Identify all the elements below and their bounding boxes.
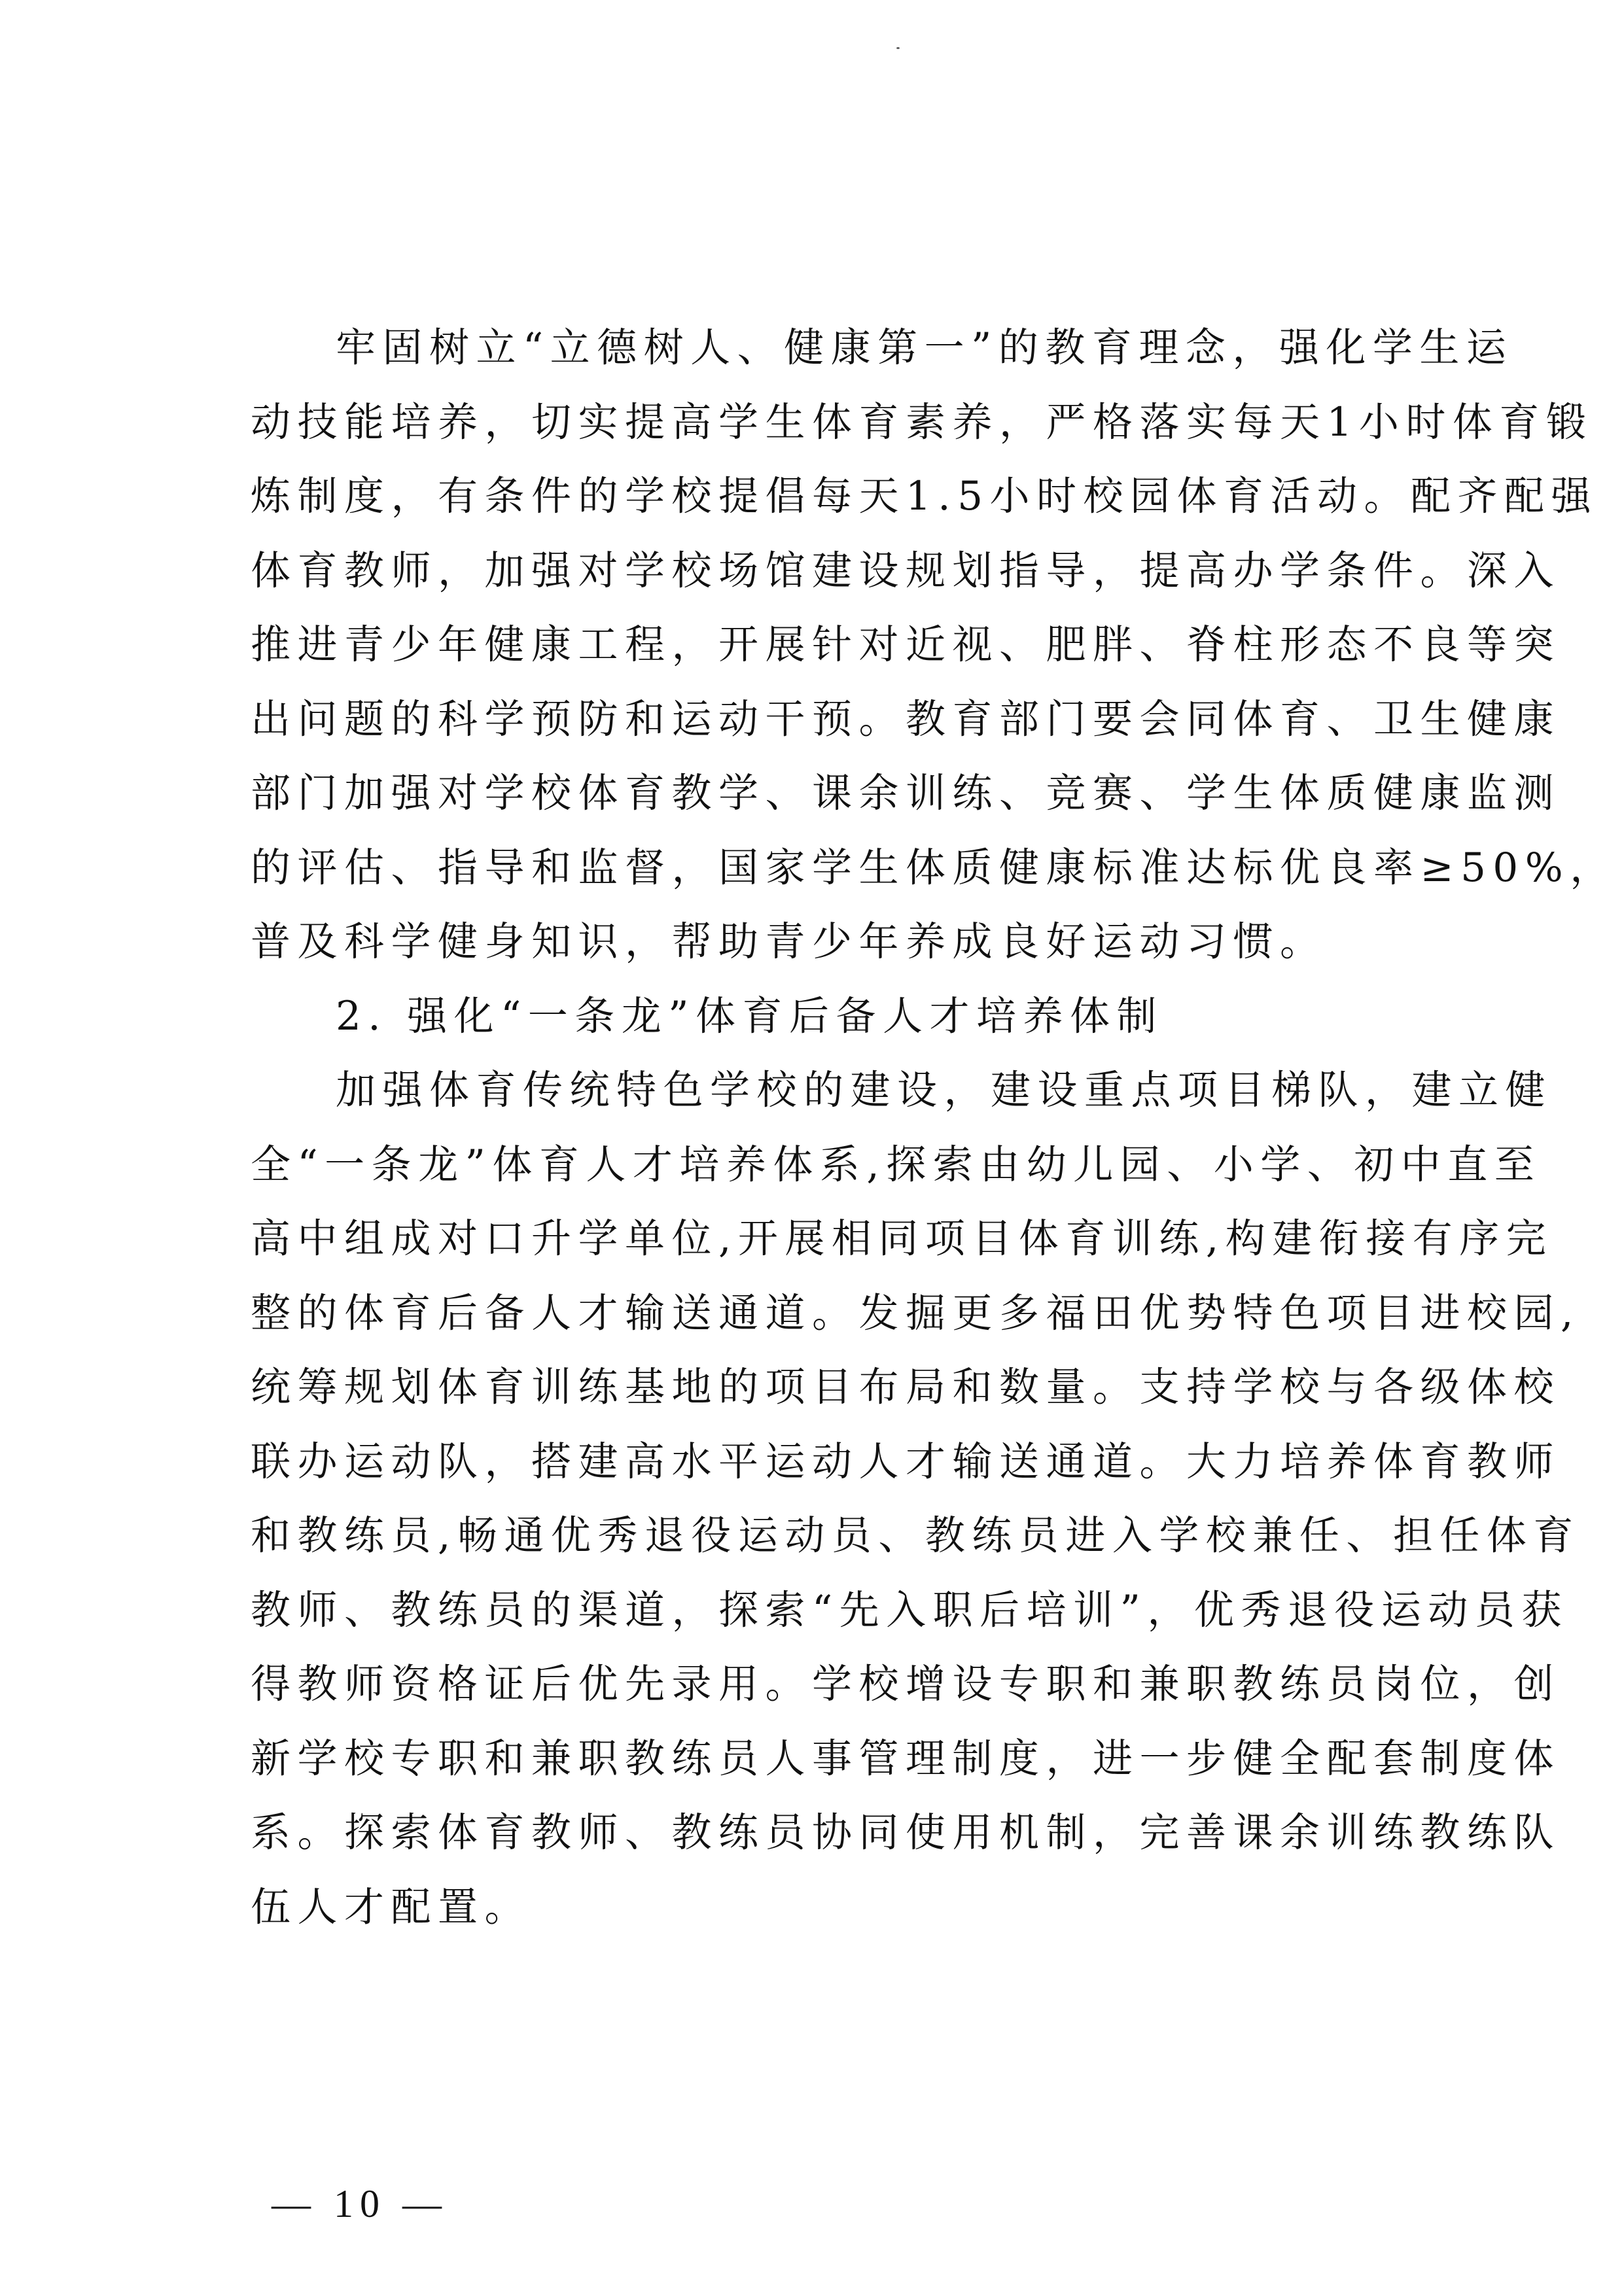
text-line: 新学校专职和兼职教练员人事管理制度，进一步健全配套制度体 bbox=[251, 1722, 1441, 1796]
document-page: 牢固树立“立德树人、健康第一”的教育理念，强化学生运 动技能培养，切实提高学生体… bbox=[0, 0, 1624, 2296]
text-line: 出问题的科学预防和运动干预。教育部门要会同体育、卫生健康 bbox=[251, 682, 1441, 757]
text-line: 得教师资格证后优先录用。学校增设专职和兼职教练员岗位，创 bbox=[251, 1647, 1441, 1722]
text-line: 系。探索体育教师、教练员协同使用机制，完善课余训练教练队 bbox=[251, 1796, 1441, 1870]
text-line: 体育教师，加强对学校场馆建设规划指导，提高办学条件。深入 bbox=[251, 534, 1441, 608]
text-line: 加强体育传统特色学校的建设，建设重点项目梯队，建立健 bbox=[251, 1053, 1441, 1128]
paragraph-1: 牢固树立“立德树人、健康第一”的教育理念，强化学生运 动技能培养，切实提高学生体… bbox=[251, 311, 1441, 979]
text-line: 整的体育后备人才输送通道。发掘更多福田优势特色项目进校园, bbox=[251, 1276, 1441, 1351]
scan-speck bbox=[896, 47, 900, 49]
text-line: 伍人才配置。 bbox=[251, 1870, 1441, 1945]
text-line: 牢固树立“立德树人、健康第一”的教育理念，强化学生运 bbox=[251, 311, 1441, 385]
paragraph-2: 加强体育传统特色学校的建设，建设重点项目梯队，建立健 全“一条龙”体育人才培养体… bbox=[251, 1053, 1441, 1944]
document-body: 牢固树立“立德树人、健康第一”的教育理念，强化学生运 动技能培养，切实提高学生体… bbox=[251, 311, 1441, 1944]
text-line: 动技能培养，切实提高学生体育素养，严格落实每天1小时体育锻 bbox=[251, 385, 1441, 460]
text-line: 推进青少年健康工程，开展针对近视、肥胖、脊柱形态不良等突 bbox=[251, 608, 1441, 682]
page-number: — 10 — bbox=[272, 2182, 448, 2227]
text-line: 统筹规划体育训练基地的项目布局和数量。支持学校与各级体校 bbox=[251, 1350, 1441, 1425]
text-line: 联办运动队，搭建高水平运动人才输送通道。大力培养体育教师 bbox=[251, 1425, 1441, 1499]
text-line: 炼制度，有条件的学校提倡每天1.5小时校园体育活动。配齐配强 bbox=[251, 459, 1441, 534]
text-line: 高中组成对口升学单位,开展相同项目体育训练,构建衔接有序完 bbox=[251, 1202, 1441, 1276]
text-line: 的评估、指导和监督，国家学生体质健康标准达标优良率≥50%， bbox=[251, 831, 1441, 905]
text-line: 教师、教练员的渠道，探索“先入职后培训”，优秀退役运动员获 bbox=[251, 1573, 1441, 1648]
text-line: 普及科学健身知识，帮助青少年养成良好运动习惯。 bbox=[251, 905, 1441, 979]
text-line: 全“一条龙”体育人才培养体系,探索由幼儿园、小学、初中直至 bbox=[251, 1128, 1441, 1202]
text-line: 部门加强对学校体育教学、课余训练、竞赛、学生体质健康监测 bbox=[251, 756, 1441, 831]
text-line: 和教练员,畅通优秀退役运动员、教练员进入学校兼任、担任体育 bbox=[251, 1499, 1441, 1573]
section-heading: 2. 强化“一条龙”体育后备人才培养体制 bbox=[251, 979, 1441, 1054]
